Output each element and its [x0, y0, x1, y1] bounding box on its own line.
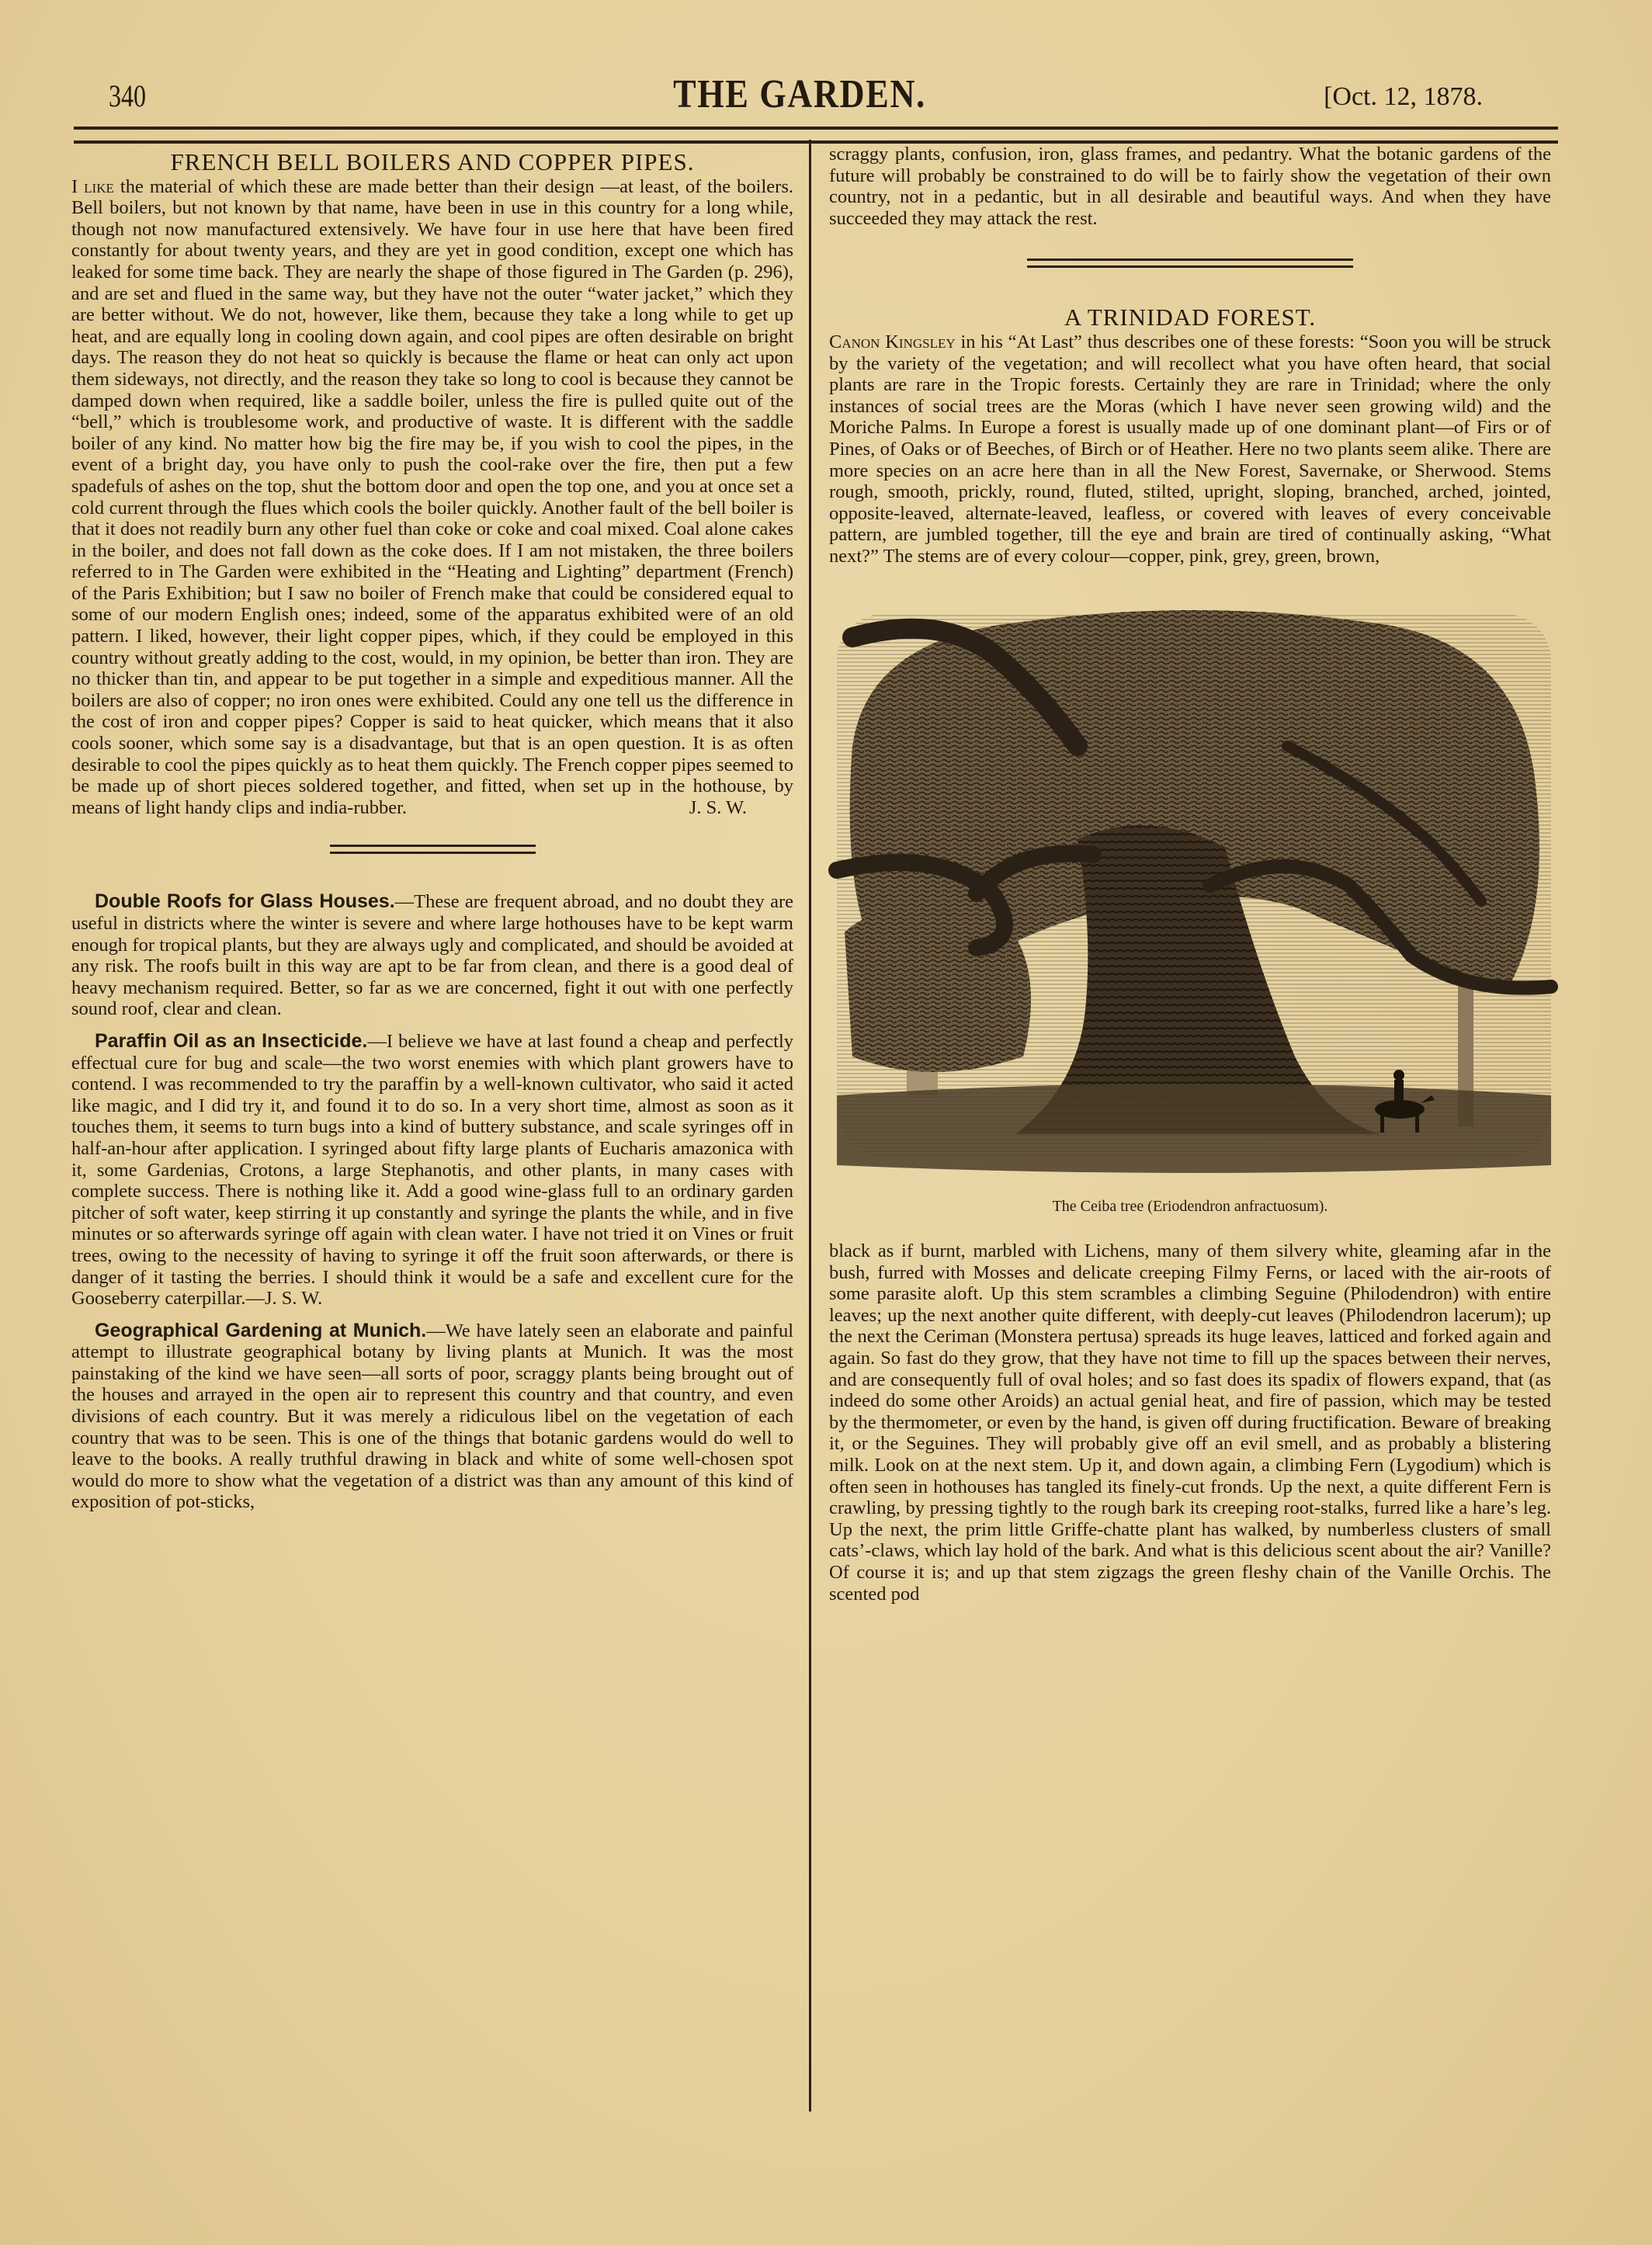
lead-caps: Canon Kingsley: [829, 331, 956, 352]
article-body-french-bell-boilers: I like the material of which these are m…: [71, 176, 793, 819]
article-title-trinidad-forest: A TRINIDAD FOREST.: [829, 307, 1551, 328]
issue-date: [Oct. 12, 1878.: [1324, 82, 1483, 112]
note-geographical-gardening: Geographical Gardening at Munich.—We hav…: [71, 1320, 793, 1513]
note-heading: Double Roofs for Glass Houses.: [95, 890, 395, 912]
note-heading: Paraffin Oil as an Insecticide.: [95, 1030, 367, 1052]
ceiba-tree-figure: [821, 591, 1567, 1188]
left-column: FRENCH BELL BOILERS AND COPPER PIPES. I …: [71, 144, 793, 1513]
continuation-geographical-gardening: scraggy plants, confusion, iron, glass f…: [829, 144, 1551, 229]
article-body-trinidad-forest-continued: black as if burnt, marbled with Lichens,…: [829, 1240, 1551, 1605]
article-body-trinidad-forest: Canon Kingsley in his “At Last” thus des…: [829, 331, 1551, 567]
right-column: scraggy plants, confusion, iron, glass f…: [829, 144, 1551, 1605]
note-paraffin-oil: Paraffin Oil as an Insecticide.—I believ…: [71, 1031, 793, 1310]
section-divider-rule: [1027, 259, 1353, 268]
signature: J. S. W.: [689, 797, 747, 819]
header-double-rule: [74, 127, 1558, 144]
article-text: in his “At Last” thus describes one of t…: [829, 331, 1551, 567]
note-text: —I believe we have at last found a cheap…: [71, 1031, 793, 1309]
lead-caps: I like: [71, 176, 114, 197]
page-number: 340: [109, 78, 146, 114]
column-divider: [809, 140, 811, 2111]
article-title-french-bell-boilers: FRENCH BELL BOILERS AND COPPER PIPES.: [71, 151, 793, 173]
note-heading: Geographical Gardening at Munich.: [95, 1320, 426, 1341]
tree-engraving-illustration-icon: [821, 591, 1567, 1188]
note-text: —We have lately seen an elaborate and pa…: [71, 1320, 793, 1513]
article-text: the material of which these are made bet…: [71, 176, 793, 818]
page-header: 340 THE GARDEN. [Oct. 12, 1878.: [78, 78, 1522, 124]
section-divider-rule: [330, 845, 536, 854]
figure-caption: The Ceiba tree (Eriodendron anfractuosum…: [829, 1196, 1551, 1218]
masthead-title: THE GARDEN.: [186, 71, 1414, 117]
note-double-roofs: Double Roofs for Glass Houses.—These are…: [71, 891, 793, 1020]
